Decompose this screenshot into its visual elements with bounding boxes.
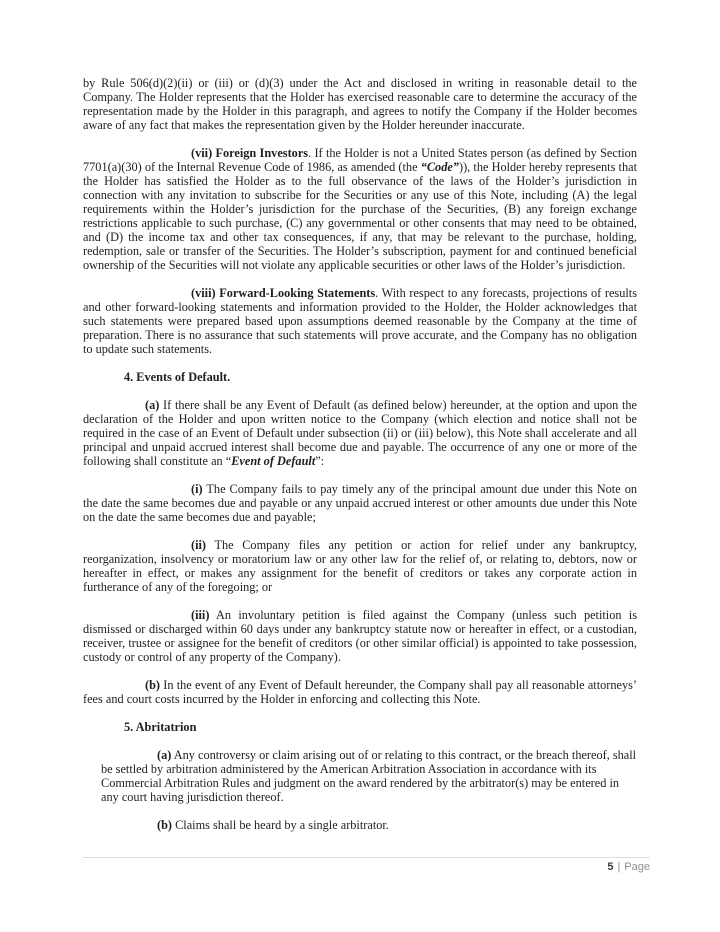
clause-text: An involuntary petition is filed against… xyxy=(83,608,637,664)
clause-label: (ii) xyxy=(191,538,206,552)
heading-text: 4. Events of Default. xyxy=(124,370,230,384)
clause-label: (a) xyxy=(145,398,159,412)
section-5-heading: 5. Abritatrion xyxy=(124,720,637,734)
clause-text: )), the Holder hereby represents that th… xyxy=(83,160,637,272)
clause-5a: (a) Any controversy or claim arising out… xyxy=(101,748,637,804)
paragraph-rule-506: by Rule 506(d)(2)(ii) or (iii) or (d)(3)… xyxy=(83,76,637,132)
clause-text: Any controversy or claim arising out of … xyxy=(101,748,636,804)
footer-separator: | xyxy=(617,861,620,873)
clause-text: ”: xyxy=(315,454,324,468)
paragraph-text: by Rule 506(d)(2)(ii) or (iii) or (d)(3)… xyxy=(83,76,637,132)
clause-label: (viii) Forward-Looking Statements xyxy=(191,286,375,300)
heading-text: 5. Abritatrion xyxy=(124,720,196,734)
clause-text: The Company fails to pay timely any of t… xyxy=(83,482,637,524)
clause-4b: (b) In the event of any Event of Default… xyxy=(83,678,637,706)
clause-4a: (a) If there shall be any Event of Defau… xyxy=(83,398,637,468)
document-body: by Rule 506(d)(2)(ii) or (iii) or (d)(3)… xyxy=(83,76,637,846)
clause-4a-iii: (iii) An involuntary petition is filed a… xyxy=(83,608,637,664)
clause-label: (b) xyxy=(145,678,160,692)
clause-text: In the event of any Event of Default her… xyxy=(83,678,637,706)
clause-4a-i: (i) The Company fails to pay timely any … xyxy=(83,482,637,524)
clause-5b: (b) Claims shall be heard by a single ar… xyxy=(101,818,637,832)
footer-page-label: Page xyxy=(624,861,650,873)
clause-viii-forward-looking: (viii) Forward-Looking Statements. With … xyxy=(83,286,637,356)
footer-divider xyxy=(83,857,650,858)
clause-text: If there shall be any Event of Default (… xyxy=(83,398,637,468)
defined-term-event-of-default: Event of Default xyxy=(231,454,315,468)
clause-text: Claims shall be heard by a single arbitr… xyxy=(172,818,389,832)
clause-label: (iii) xyxy=(191,608,209,622)
defined-term-code: “Code” xyxy=(421,160,459,174)
section-4-heading: 4. Events of Default. xyxy=(124,370,637,384)
clause-text: The Company files any petition or action… xyxy=(83,538,637,594)
clause-label: (i) xyxy=(191,482,203,496)
clause-4a-ii: (ii) The Company files any petition or a… xyxy=(83,538,637,594)
page-footer: 5|Page xyxy=(607,861,650,873)
clause-label: (b) xyxy=(157,818,172,832)
clause-vii-foreign-investors: (vii) Foreign Investors. If the Holder i… xyxy=(83,146,637,272)
clause-label: (vii) Foreign Investors xyxy=(191,146,308,160)
page-number: 5 xyxy=(607,861,613,873)
clause-label: (a) xyxy=(157,748,171,762)
